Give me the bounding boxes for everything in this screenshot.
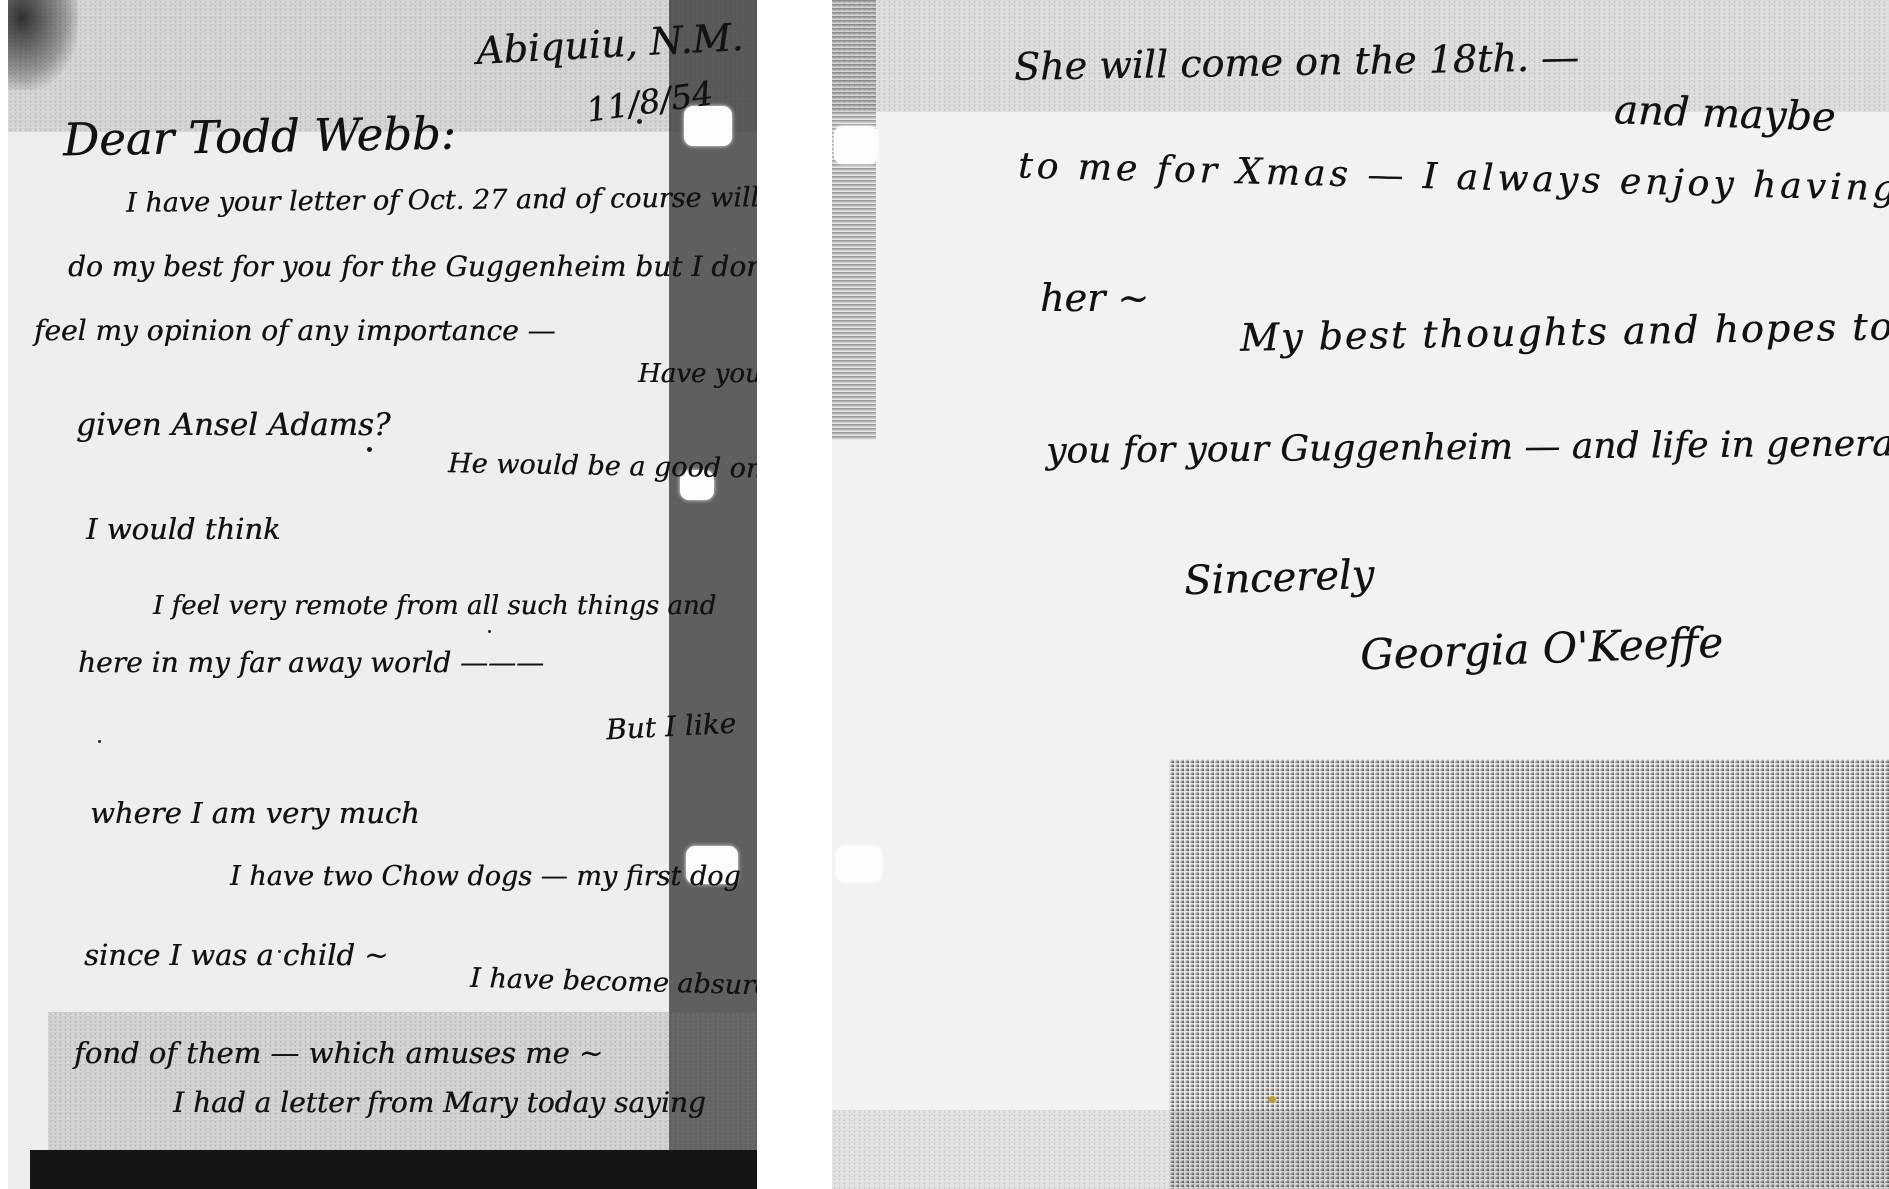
handwritten-line: He would be a good one	[448, 449, 757, 484]
closing: Sincerely	[1183, 553, 1375, 604]
handwritten-line: But I like	[605, 709, 737, 747]
handwritten-line: given Ansel Adams?	[76, 408, 390, 442]
sprocket-hole-top	[834, 126, 878, 164]
handwritten-line: and maybe	[1613, 88, 1836, 140]
scan-artifact-bottom-black-band	[30, 1150, 757, 1189]
scan-canvas: Abiquiu, N.M. 11/8/54 Dear Todd Webb: I …	[0, 0, 1889, 1189]
handwritten-line: I have become absurdly	[470, 964, 757, 1002]
handwritten-line: here in my far away world ———	[78, 648, 544, 679]
handwritten-line: where I am very much	[90, 798, 420, 830]
punch-hole	[836, 846, 882, 882]
salutation: Dear Todd Webb:	[63, 109, 457, 165]
handwritten-line: you for your Guggenheim — and life in ge…	[1046, 424, 1889, 471]
signature: Georgia O'Keeffe	[1359, 620, 1723, 679]
paper-stain	[1268, 1096, 1276, 1103]
handwritten-line: fond of them — which amuses me ~	[74, 1038, 603, 1070]
letter-page-2: She will come on the 18th. — and maybe t…	[832, 0, 1889, 1189]
scan-artifact-lower-band	[48, 1012, 757, 1158]
handwritten-line: I have two Chow dogs — my first dog	[230, 862, 741, 892]
handwritten-line: I have your letter of Oct. 27 and of cou…	[126, 183, 757, 218]
handwritten-line: feel my opinion of any importance —	[34, 316, 556, 347]
handwritten-line: her ~	[1040, 278, 1149, 320]
scan-artifact-corner-smudge	[1169, 759, 1889, 1189]
handwritten-line: I feel very remote from all such things …	[153, 592, 716, 621]
scan-artifact-bottom-band	[832, 1110, 1889, 1189]
heading-place: Abiquiu, N.M.	[475, 17, 744, 73]
scan-artifact-left-strip	[832, 0, 876, 440]
letter-page-1: Abiquiu, N.M. 11/8/54 Dear Todd Webb: I …	[8, 0, 757, 1189]
handwritten-line: to me for Xmas — I always enjoy having	[1018, 146, 1889, 209]
handwritten-line: Have you	[638, 360, 757, 389]
handwritten-line: do my best for you for the Guggenheim bu…	[68, 252, 757, 283]
handwritten-line: My best thoughts and hopes to	[1240, 306, 1889, 359]
handwritten-line: I would think	[86, 514, 281, 546]
handwritten-line: I had a letter from Mary today saying	[173, 1088, 706, 1119]
handwritten-line: since I was a child ~	[84, 940, 388, 972]
handwritten-line: She will come on the 18th. —	[1014, 37, 1580, 89]
scan-artifact-top-left-blob	[8, 0, 78, 90]
